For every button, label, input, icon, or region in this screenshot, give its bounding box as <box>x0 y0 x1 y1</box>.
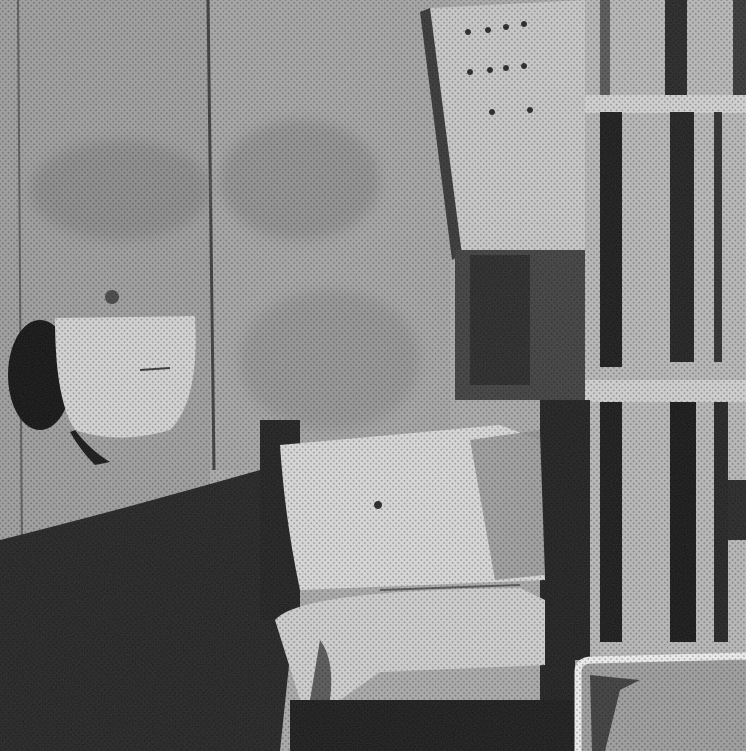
photo-canvas <box>0 0 746 751</box>
jail-cell-photo <box>0 0 746 751</box>
